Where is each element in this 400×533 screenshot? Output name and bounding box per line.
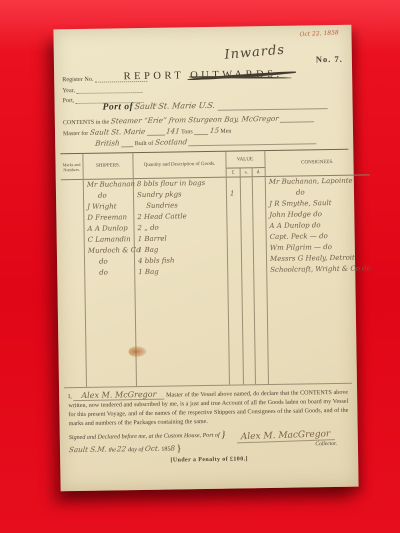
table-cell-pence	[253, 221, 266, 232]
table-cell-marks	[61, 213, 84, 224]
men-label: Men	[220, 129, 231, 135]
table-cell-pence	[254, 254, 267, 265]
declaration-intro: I,	[68, 394, 72, 400]
day-of-label: day of	[128, 447, 143, 453]
table-cell-shipper: Mr Buchanan	[84, 179, 134, 191]
table-cell-pence	[254, 265, 267, 276]
table-cell-shipper: A A Dunlop	[84, 223, 134, 235]
attestation-month: Oct.	[144, 444, 160, 453]
built-rule-2	[188, 135, 316, 146]
master-port-value: Sault St. Marie	[89, 127, 145, 137]
col-header-value: VALUE.	[226, 151, 265, 169]
attestation-block: Signed and Declared before me, at the Cu…	[69, 428, 349, 456]
master-rule-1	[146, 127, 164, 136]
year-written: 8	[170, 444, 175, 453]
table-cell-shillings	[242, 254, 254, 265]
master-name-handwritten: Alex M. McGregor	[73, 390, 164, 401]
table-cell-pound	[228, 254, 242, 265]
table-cell-shillings	[241, 221, 253, 232]
handwritten-inwards: Inwards	[199, 41, 310, 65]
table-cell-marks	[62, 246, 85, 257]
table-cell-marks	[61, 180, 84, 191]
table-cell-marks	[61, 202, 84, 213]
table-cell-shillings	[241, 210, 253, 221]
year-line: Year,	[62, 86, 142, 94]
title-struck-outwards: OUTWARDS.	[190, 69, 283, 81]
register-no-blank	[95, 75, 147, 83]
table-filler	[135, 277, 230, 386]
built-line: British Built of Scotland	[95, 135, 345, 148]
attestation-brace-1: }	[221, 430, 225, 441]
attestation-line1-text: Signed and Declared before me, at the Cu…	[69, 433, 220, 441]
port-small-label: Port,	[62, 97, 74, 104]
register-no-label: Register No.	[62, 76, 93, 83]
declaration-paragraph: I, Alex M. McGregor Master of the Vessel…	[68, 386, 349, 430]
table-cell-shipper: do	[85, 267, 135, 279]
contents-value: Steamer “Erie” from Sturgeon Bay, McGreg…	[110, 114, 279, 126]
col-header-consignees: CONSIGNEES.	[265, 149, 369, 177]
table-cell-pence	[253, 199, 266, 210]
table-cell-pound	[228, 243, 242, 254]
table-cell-shipper: do	[85, 256, 135, 268]
table-cell-pence	[254, 243, 267, 254]
table-cell-pence	[253, 210, 266, 221]
men-value: 15	[209, 126, 219, 135]
table-cell-pence	[253, 177, 266, 188]
col-header-shillings: s.	[241, 168, 253, 177]
registry-value: British	[95, 138, 121, 147]
tons-value: 141	[165, 126, 180, 135]
table-cell-marks	[62, 268, 85, 279]
penalty-note: [Under a Penalty of £100.]	[60, 455, 358, 466]
report-document-paper: Oct 22, 1858 Inwards No. 7. REPORT OUTWA…	[53, 25, 358, 492]
contents-label: CONTENTS in the	[63, 120, 109, 127]
col-header-pence: d.	[253, 168, 266, 177]
table-cell-pound	[228, 232, 242, 243]
master-rule-2	[194, 126, 208, 135]
port-of-rule	[217, 100, 327, 111]
handwritten-date-note: Oct 22, 1858	[299, 29, 339, 38]
built-of-value: Scotland	[154, 137, 187, 147]
table-cell-shipper: J Wright	[84, 201, 134, 213]
table-cell-pound	[227, 210, 241, 221]
table-cell-pound	[227, 221, 241, 232]
table-cell-pound	[227, 199, 241, 210]
table-cell-shillings	[242, 232, 254, 243]
contents-rule	[280, 113, 314, 123]
signature-block: Alex M. MacGregor Collector.	[227, 430, 345, 449]
col-header-shippers: SHIPPERS.	[83, 153, 133, 180]
table-cell-marks	[62, 257, 85, 268]
table-cell-marks	[61, 191, 84, 202]
built-of-label: Built of	[135, 141, 154, 147]
table-cell-pound	[228, 265, 242, 276]
col-header-pound: £	[227, 168, 241, 177]
cargo-manifest-table: Marks and Numbers. SHIPPERS. Quantity an…	[60, 149, 352, 388]
table-cell-shipper: Murdoch & Co	[85, 245, 135, 257]
col-header-goods: Quantity and Description of Goods.	[133, 152, 226, 179]
col-header-marks: Marks and Numbers.	[60, 154, 83, 180]
attestation-day: 22	[117, 444, 127, 453]
table-filler	[62, 279, 87, 387]
table-cell-pence	[253, 188, 266, 199]
table-cell-shillings	[242, 243, 254, 254]
table-cell-shillings	[241, 199, 253, 210]
table-cell-marks	[61, 224, 84, 235]
table-cell-pound	[227, 177, 241, 188]
the-label: the	[108, 447, 116, 453]
photograph-red-background: Oct 22, 1858 Inwards No. 7. REPORT OUTWA…	[0, 0, 400, 533]
table-cell-shipper: do	[84, 190, 134, 202]
table-cell-shillings	[241, 188, 253, 199]
table-filler	[85, 278, 137, 387]
register-no-line: Register No.	[62, 75, 147, 83]
port-of-label: Port of	[103, 102, 134, 112]
built-rule-1	[121, 138, 133, 147]
table-cell-shipper: D Freeman	[84, 212, 134, 224]
table-filler	[267, 274, 372, 384]
table-cell-pound: 1	[227, 188, 241, 199]
tons-label: Tons	[181, 129, 193, 135]
table-cell-shipper: C Lamandin	[85, 234, 135, 246]
table-cell-shillings	[242, 265, 254, 276]
port-of-value: Sault St. Marie U.S.	[134, 101, 216, 111]
table-cell-shillings	[241, 177, 253, 188]
table-cell-pence	[254, 232, 267, 243]
attestation-brace-2: }	[176, 444, 181, 455]
year-blank	[77, 86, 143, 94]
year-label: Year,	[62, 87, 75, 94]
form-number: No. 7.	[316, 54, 343, 64]
table-cell-marks	[62, 235, 85, 246]
master-label: Master for	[63, 131, 88, 137]
attestation-place: Sault S.M.	[68, 445, 107, 455]
